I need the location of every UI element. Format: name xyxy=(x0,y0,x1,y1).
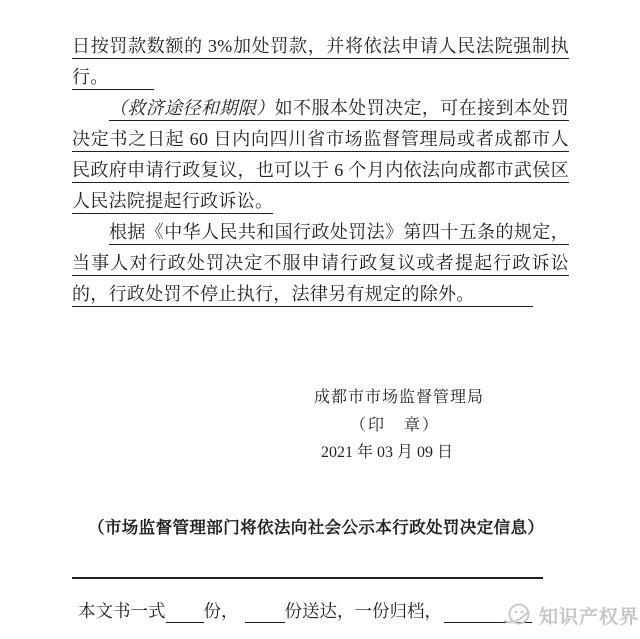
underlined-text: 民政府申请行政复议，也可以于 6 个月内依法向成都市武侯区 xyxy=(72,160,569,183)
underlined-text: 的，行政处罚不停止执行，法律另有规定的除外。 xyxy=(72,284,475,307)
penalty-clause-line: 日按罚款数额的 3%加处罚款，并将依法申请人民法院强制执 xyxy=(72,31,569,62)
non-suspension-clause-line: 当事人对行政处罚决定不服申请行政复议或者提起行政诉讼 xyxy=(72,248,569,279)
document-body: 日按罚款数额的 3%加处罚款，并将依法申请人民法院强制执 行。 （救济途径和期限… xyxy=(72,31,569,310)
distribution-note: 本文书一式份，份送达，一份归档， xyxy=(78,598,532,624)
remedy-clause-line: 民政府申请行政复议，也可以于 6 个月内依法向成都市武侯区 xyxy=(72,155,569,186)
remedy-clause-line: 决定书之日起 60 日内向四川省市场监督管理局或者成都市人 xyxy=(72,124,569,155)
footer-separator-line xyxy=(72,577,543,579)
underlined-text: 当事人对行政处罚决定不服申请行政复议或者提起行政诉讼 xyxy=(72,253,569,276)
watermark-label: 知识产权界 xyxy=(539,602,639,629)
distribution-text: 本文书一式 xyxy=(78,601,166,621)
publicity-note: （市场监督管理部门将依法向社会公示本行政处罚决定信息） xyxy=(88,514,544,538)
penalty-clause-line: 行。 xyxy=(72,62,569,93)
blank-served-field xyxy=(245,622,285,623)
underlined-text: 决定书之日起 60 日内向四川省市场监督管理局或者成都市人 xyxy=(72,129,569,152)
signature-date: 2021 年 03 月 09 日 xyxy=(321,439,453,462)
distribution-text: 份， xyxy=(204,601,239,621)
underlined-text: 根据《中华人民共和国行政处罚法》第四十五条的规定， xyxy=(109,222,569,245)
underlined-text: （救济途径和期限）如不服本处罚决定，可在接到本处罚 xyxy=(109,98,569,121)
ip-world-logo-icon xyxy=(502,599,534,631)
remedy-clause-line: （救济途径和期限）如不服本处罚决定，可在接到本处罚 xyxy=(72,93,569,124)
underline-extension xyxy=(109,89,154,90)
underlined-text: 日按罚款数额的 3%加处罚款，并将依法申请人民法院强制执 xyxy=(72,36,569,59)
underlined-text: 人民法院提起行政诉讼。 xyxy=(72,191,273,214)
signature-authority: 成都市市场监督管理局 xyxy=(314,384,484,407)
remedy-clause-line: 人民法院提起行政诉讼。 xyxy=(72,186,569,217)
non-suspension-clause-line: 根据《中华人民共和国行政处罚法》第四十五条的规定， xyxy=(72,217,569,248)
underline-extension xyxy=(475,306,533,307)
distribution-text: 份送达，一份归档， xyxy=(285,601,443,621)
watermark: 知识产权界 xyxy=(502,599,639,631)
non-suspension-clause-line: 的，行政处罚不停止执行，法律另有规定的除外。 xyxy=(72,279,569,310)
seal-placeholder: （印 章） xyxy=(350,412,440,435)
remedy-text: 如不服本处罚决定，可在接到本处罚 xyxy=(275,98,569,118)
blank-copies-field xyxy=(166,622,204,623)
remedy-heading: （救济途径和期限） xyxy=(109,98,275,118)
underlined-text: 行。 xyxy=(72,67,109,90)
